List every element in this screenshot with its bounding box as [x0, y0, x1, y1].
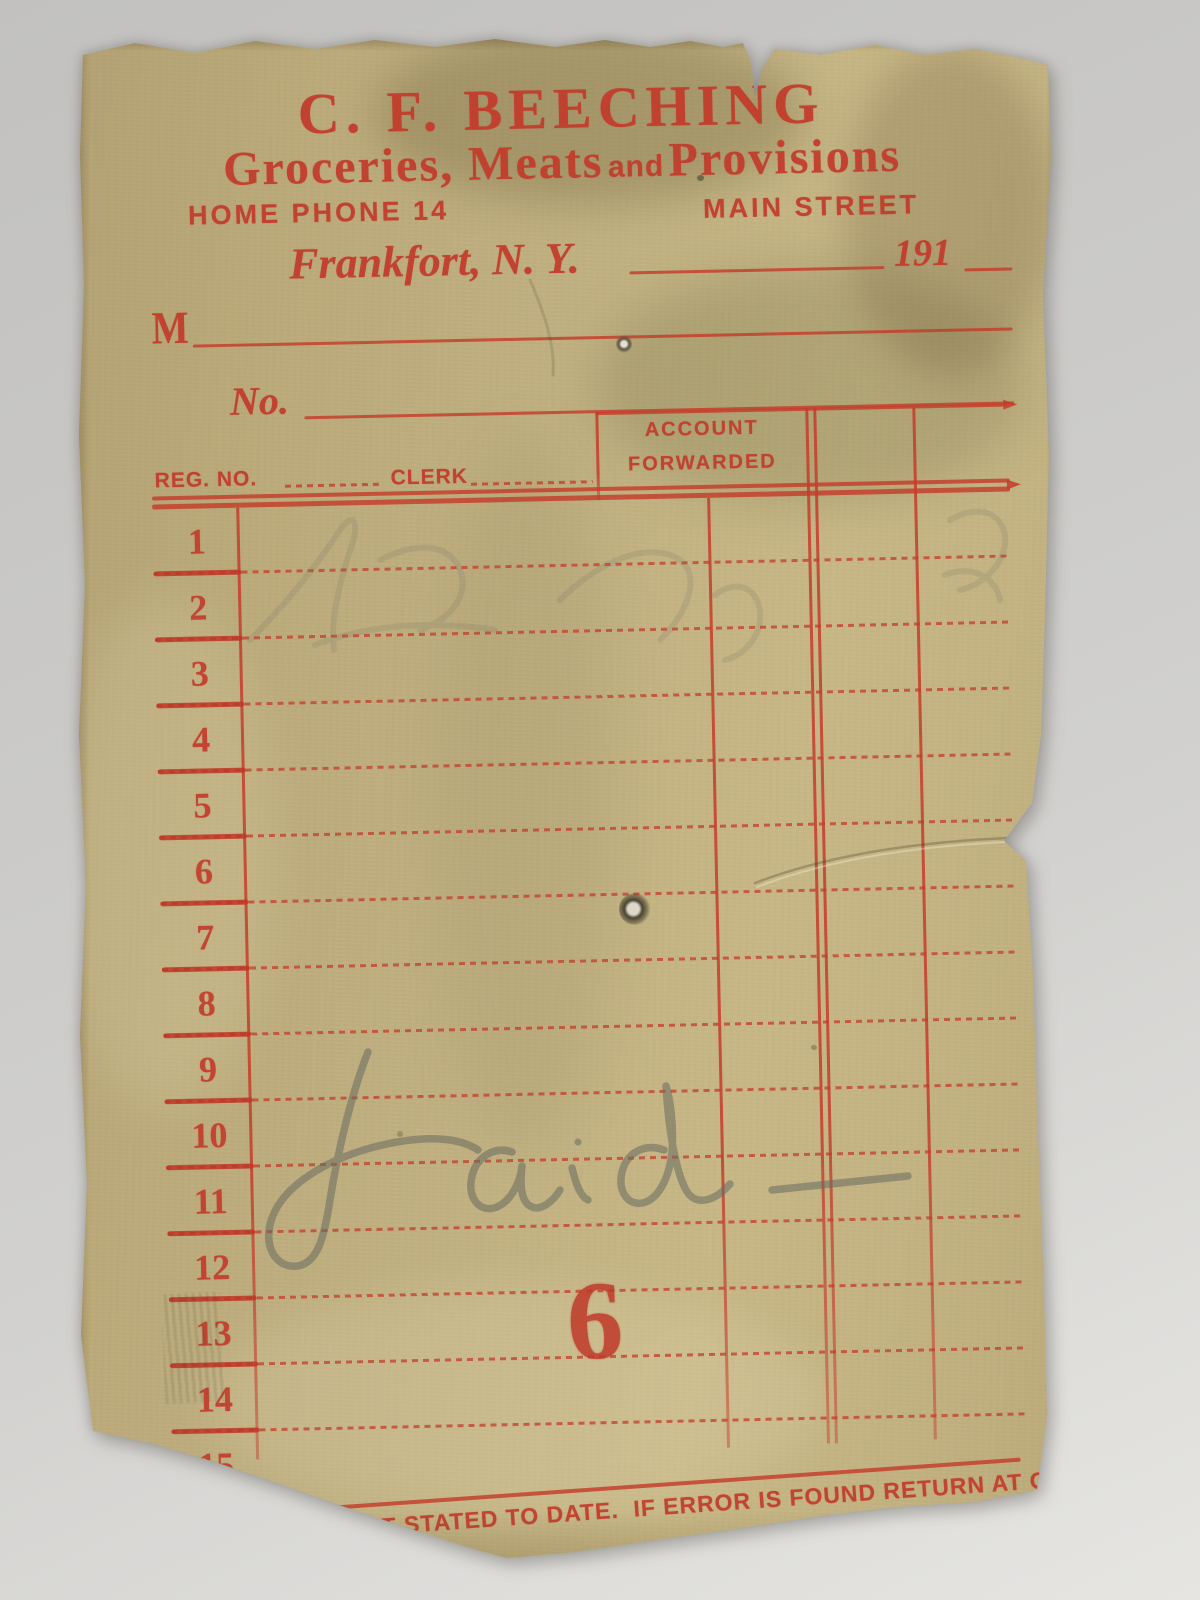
row-separator: [165, 1082, 1020, 1103]
row-separator: [167, 1214, 1022, 1235]
row-separator: [163, 1016, 1018, 1037]
row-number: 10: [173, 1114, 246, 1157]
ledger-row: 10: [165, 1085, 1023, 1169]
ledger-row: 1: [152, 492, 1010, 576]
ledger-row: 5: [158, 755, 1016, 839]
tagline-conjunction: and: [608, 150, 665, 184]
column-line-items: [236, 508, 259, 1460]
column-line-amount: [707, 498, 730, 1448]
receipt-paper-shadow: C. F. BEECHING Groceries, Meats and Prov…: [75, 35, 1060, 1565]
paper-stain: [55, 595, 275, 1115]
year-prefix: 191: [894, 231, 952, 276]
row-number: 1: [160, 520, 233, 563]
header-rule-arrow: [1007, 479, 1021, 489]
row-number: 8: [170, 982, 243, 1025]
row-separator: [156, 687, 1011, 708]
column-line-double-b: [813, 408, 838, 1444]
smudge-patch: [160, 1292, 226, 1405]
printed-form: C. F. BEECHING Groceries, Meats and Prov…: [60, 25, 1077, 1575]
footer-rule: [254, 1458, 1020, 1515]
paper-speck: [697, 175, 704, 181]
number-label: No.: [230, 377, 290, 425]
tagline-part2: Provisions: [668, 129, 902, 187]
row-number: 12: [176, 1246, 249, 1289]
row-number: 14: [178, 1378, 251, 1421]
addressee-line: [193, 327, 1013, 347]
year-line: [964, 267, 1012, 271]
account-box-line2: FORWARDED: [598, 450, 806, 477]
ledger-row: 4: [156, 689, 1014, 773]
ledger-row: 11: [166, 1151, 1024, 1235]
paper-speck: [811, 1045, 817, 1050]
row-separator: [154, 555, 1009, 576]
photo-background: C. F. BEECHING Groceries, Meats and Prov…: [0, 0, 1200, 1600]
row-separator: [170, 1346, 1025, 1367]
footer-block: YOUR ACCOUNT STATED TO DATE. IF ERROR IS…: [0, 6, 1065, 1600]
row-separator: [166, 1148, 1021, 1169]
column-line-right: [912, 407, 937, 1439]
ledger-row: 14: [170, 1349, 1028, 1433]
stamp-number: 6: [565, 1256, 625, 1387]
row-number: 3: [163, 652, 236, 695]
row-number: 5: [166, 784, 239, 827]
row-number: 2: [162, 586, 235, 629]
row-separator: [172, 1412, 1027, 1433]
date-line: [629, 266, 884, 274]
paper-stain: [845, 45, 1055, 375]
row-number: 15: [180, 1444, 253, 1487]
paper-stain: [435, 435, 615, 1155]
account-box-left-line: [595, 412, 600, 500]
pencil-marks: [75, 35, 1060, 1565]
ledger-row: 12: [167, 1217, 1025, 1301]
paper-stain: [595, 265, 1025, 505]
paper-hole: [619, 893, 651, 925]
reg-no-line: [285, 483, 380, 487]
account-box-top-line: [595, 404, 1005, 416]
row-number: 4: [165, 718, 238, 761]
row-separator: [169, 1280, 1024, 1301]
column-line-double-a: [805, 408, 830, 1444]
addressee-m-label: M: [151, 301, 189, 355]
header-rule-top: [152, 479, 1010, 500]
row-separator: [159, 819, 1014, 840]
reg-no-label: REG. NO.: [154, 467, 257, 493]
row-number: 6: [167, 850, 240, 893]
row-separator: [155, 621, 1010, 642]
row-number: 9: [172, 1048, 245, 1091]
paper-stain: [205, 1285, 825, 1515]
row-number: 7: [169, 916, 242, 959]
clerk-label: CLERK: [390, 465, 468, 491]
ledger-row: 9: [163, 1019, 1021, 1103]
row-number: 11: [174, 1180, 247, 1223]
paper-stain: [375, 25, 805, 205]
ledger-row: 13: [169, 1283, 1027, 1367]
receipt-paper: C. F. BEECHING Groceries, Meats and Prov…: [75, 35, 1060, 1565]
clerk-line: [471, 480, 593, 485]
row-separator: [160, 884, 1015, 905]
row-separator: [162, 950, 1017, 971]
city-label: Frankfort, N. Y.: [289, 232, 581, 289]
street-label: MAIN STREET: [703, 189, 920, 225]
account-box-line1: ACCOUNT: [597, 416, 805, 443]
tagline-part1: Groceries, Meats: [223, 135, 604, 196]
ledger-row: 8: [162, 953, 1020, 1037]
account-box-top-arrow: [1003, 399, 1017, 409]
paper-speck: [397, 1131, 403, 1137]
footer-notice: YOUR ACCOUNT STATED TO DATE. IF ERROR IS…: [197, 1463, 1108, 1554]
row-number: 13: [177, 1312, 250, 1355]
ledger-row: 15: [172, 1415, 1030, 1499]
ledger-row: 3: [155, 624, 1013, 708]
pin-hole: [616, 335, 632, 353]
phone-label: HOME PHONE 14: [188, 195, 450, 231]
tagline: Groceries, Meats and Provisions: [97, 125, 1028, 199]
ledger-row: 2: [154, 558, 1012, 642]
ledger-row: 6: [159, 821, 1017, 905]
number-line: [304, 401, 1014, 418]
header-rule-bottom: [152, 487, 1010, 509]
row-separator: [158, 753, 1013, 774]
ledger-row: 7: [161, 887, 1019, 971]
business-name: C. F. BEECHING: [95, 65, 1026, 151]
